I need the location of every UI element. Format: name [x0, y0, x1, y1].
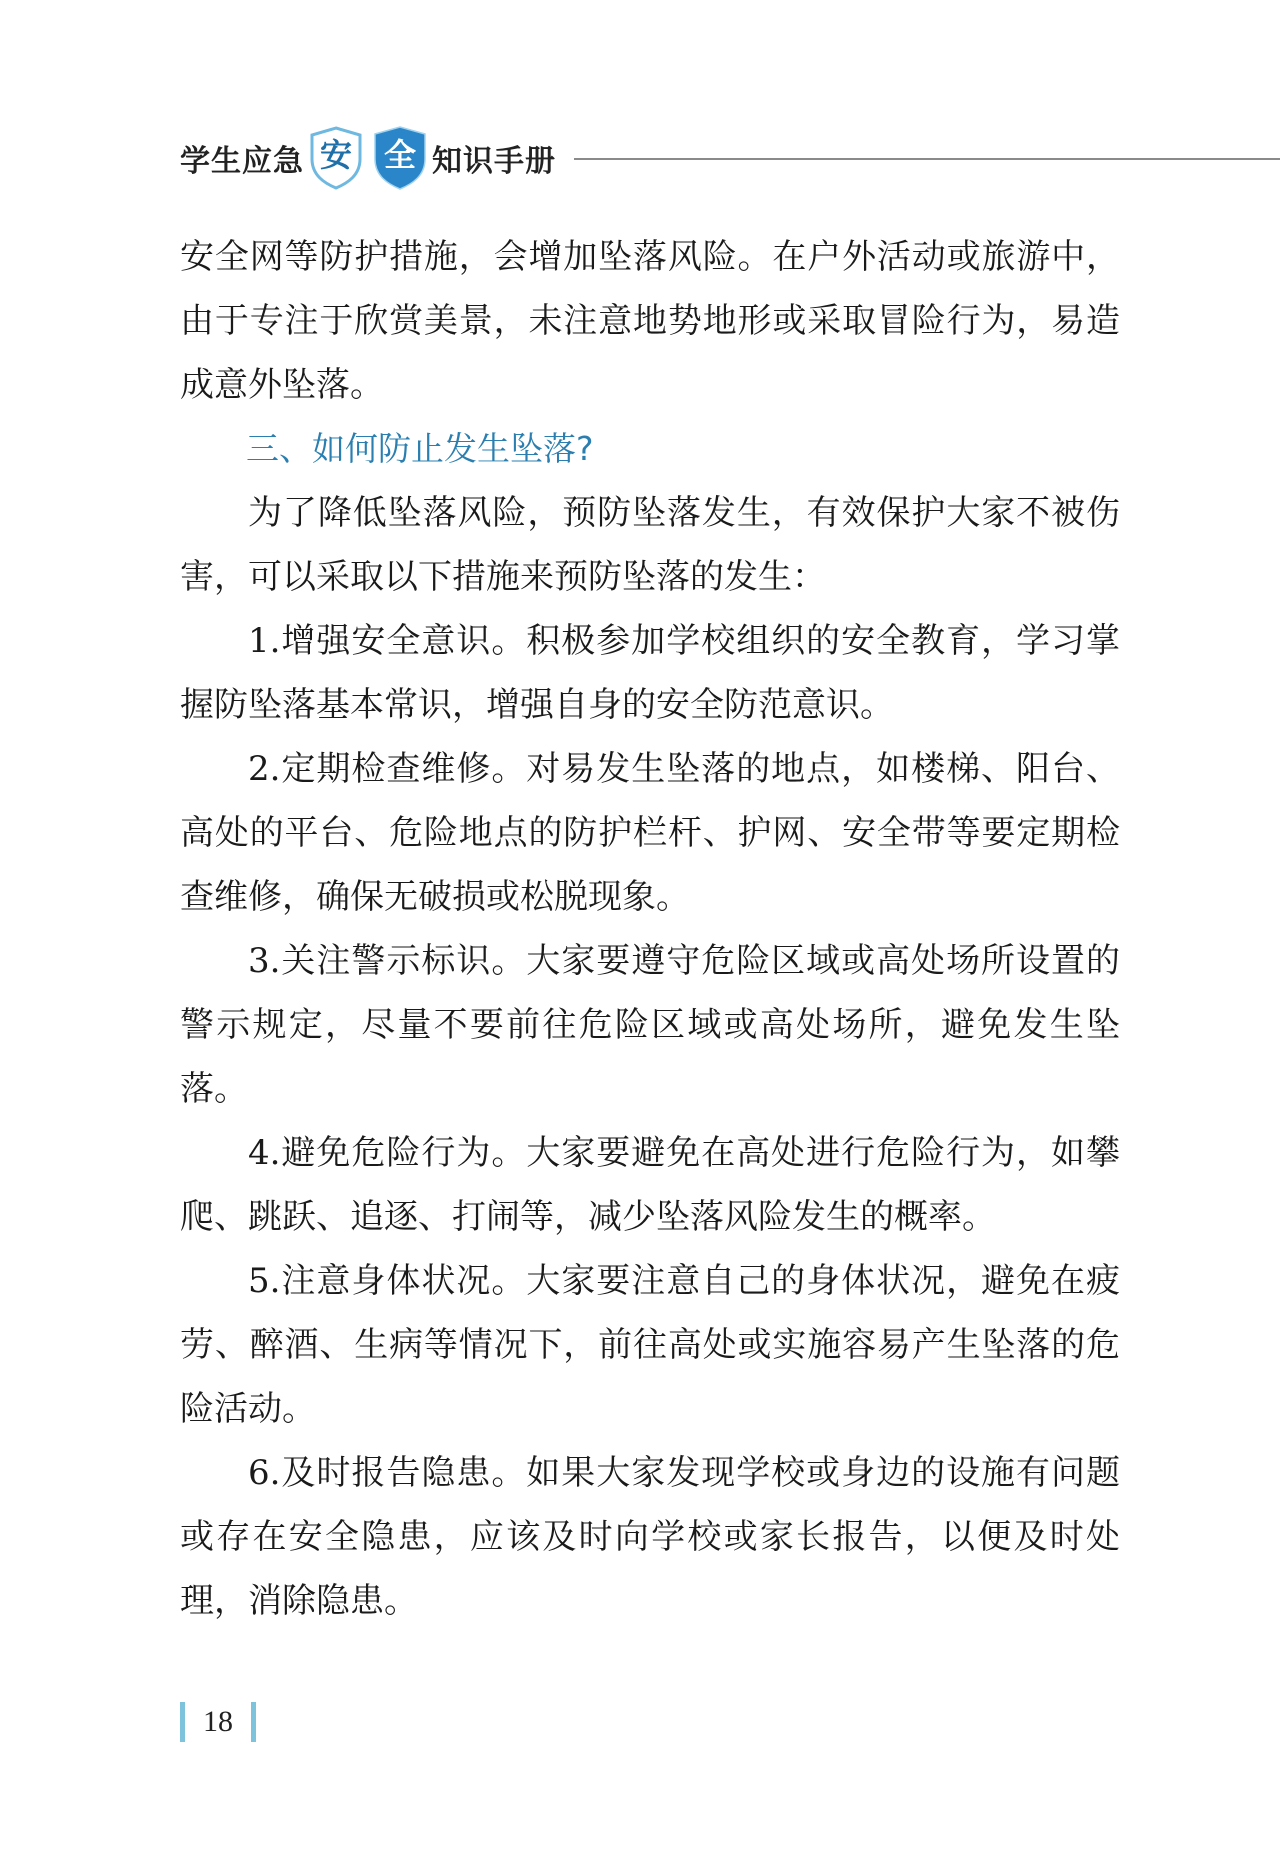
measure-text: 避免危险行为。大家要避免在高处进行危险行为，如攀爬、跳跃、追逐、打闹等，减少坠落…: [180, 1133, 1120, 1237]
shield-outline-icon: 安: [308, 125, 364, 191]
section-heading: 三、如何防止发生坠落?: [180, 417, 1120, 481]
footer-bar-right: [251, 1702, 256, 1742]
measure-number: 1.: [248, 621, 280, 661]
measure-number: 2.: [248, 749, 280, 789]
shield-filled-icon: 全: [372, 125, 428, 191]
page-content: 安全网等防护措施，会增加坠落风险。在户外活动或旅游中，由于专注于欣赏美景，未注意…: [180, 225, 1120, 1633]
measure-text: 及时报告隐患。如果大家发现学校或身边的设施有问题或存在安全隐患，应该及时向学校或…: [180, 1453, 1120, 1621]
page-footer: 18: [180, 1700, 256, 1744]
page-number: 18: [185, 1705, 251, 1739]
measure-item-3: 3.关注警示标识。大家要遵守危险区域或高处场所设置的警示规定，尽量不要前往危险区…: [180, 929, 1120, 1121]
measure-item-2: 2.定期检查维修。对易发生坠落的地点，如楼梯、阳台、高处的平台、危险地点的防护栏…: [180, 737, 1120, 929]
continuation-paragraph: 安全网等防护措施，会增加坠落风险。在户外活动或旅游中，由于专注于欣赏美景，未注意…: [180, 225, 1120, 417]
measure-item-5: 5.注意身体状况。大家要注意自己的身体状况，避免在疲劳、醉酒、生病等情况下，前往…: [180, 1249, 1120, 1441]
measure-text: 定期检查维修。对易发生坠落的地点，如楼梯、阳台、高处的平台、危险地点的防护栏杆、…: [180, 749, 1120, 917]
header-title-suffix: 知识手册: [432, 136, 556, 180]
measure-text: 注意身体状况。大家要注意自己的身体状况，避免在疲劳、醉酒、生病等情况下，前往高处…: [180, 1261, 1120, 1429]
measure-item-4: 4.避免危险行为。大家要避免在高处进行危险行为，如攀爬、跳跃、追逐、打闹等，减少…: [180, 1121, 1120, 1249]
page-header: 学生应急 安 全 知识手册: [180, 118, 1280, 198]
measure-text: 关注警示标识。大家要遵守危险区域或高处场所设置的警示规定，尽量不要前往危险区域或…: [180, 941, 1120, 1109]
measure-number: 5.: [248, 1261, 280, 1301]
shield-right-char: 全: [372, 135, 428, 175]
measure-item-1: 1.增强安全意识。积极参加学校组织的安全教育，学习掌握防坠落基本常识，增强自身的…: [180, 609, 1120, 737]
measure-item-6: 6.及时报告隐患。如果大家发现学校或身边的设施有问题或存在安全隐患，应该及时向学…: [180, 1441, 1120, 1633]
measure-number: 3.: [248, 941, 280, 981]
header-divider: [574, 158, 1280, 160]
measure-number: 6.: [248, 1453, 280, 1493]
measure-number: 4.: [248, 1133, 280, 1173]
header-title-prefix: 学生应急: [180, 136, 304, 180]
shield-left-char: 安: [308, 135, 364, 175]
intro-paragraph: 为了降低坠落风险，预防坠落发生，有效保护大家不被伤害，可以采取以下措施来预防坠落…: [180, 481, 1120, 609]
measure-text: 增强安全意识。积极参加学校组织的安全教育，学习掌握防坠落基本常识，增强自身的安全…: [180, 621, 1120, 725]
